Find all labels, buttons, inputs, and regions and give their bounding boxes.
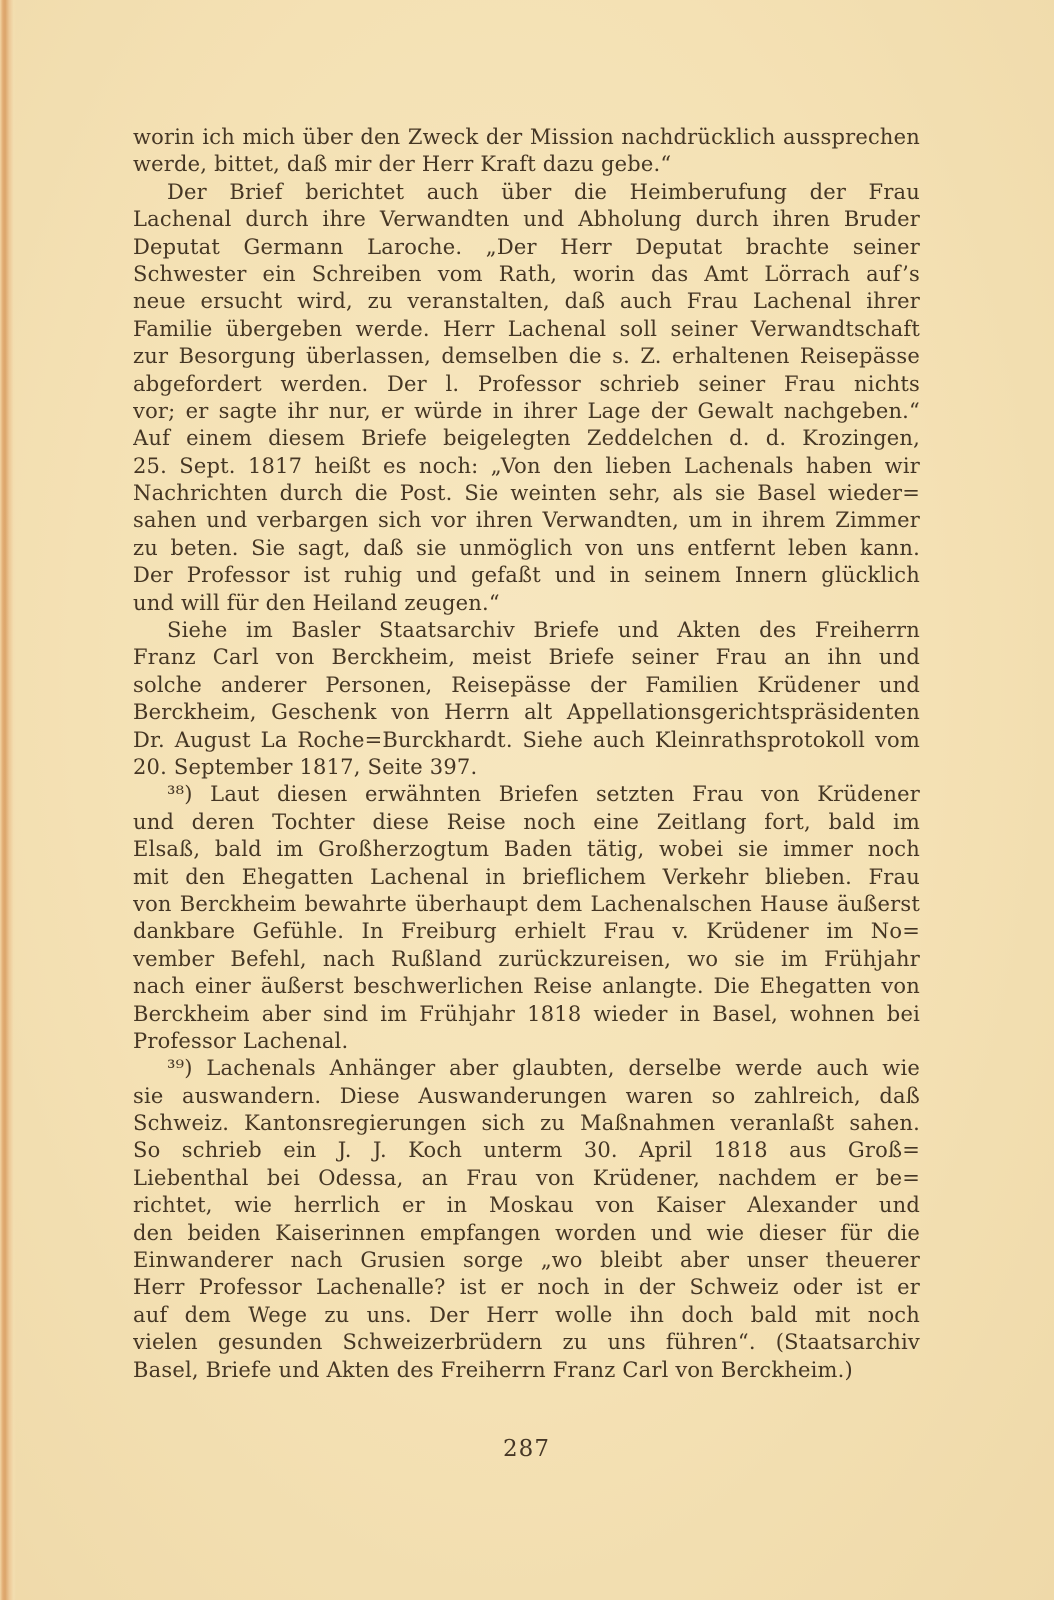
text-line: abgefordert werden. Der l. Professor sch… xyxy=(133,371,920,398)
text-line: auf dem Wege zu uns. Der Herr wolle ihn … xyxy=(133,1302,920,1329)
text-line: dankbare Gefühle. In Freiburg erhielt Fr… xyxy=(133,918,920,945)
text-line: Professor Lachenal. xyxy=(133,1028,920,1055)
text-line: Herr Professor Lachenalle? ist er noch i… xyxy=(133,1274,920,1301)
page-binding-edge xyxy=(0,0,16,1600)
text-line: Franz Carl von Berckheim, meist Briefe s… xyxy=(133,644,920,671)
text-line: Berckheim, Geschenk von Herrn alt Appell… xyxy=(133,699,920,726)
text-line: zu beten. Sie sagt, daß sie unmöglich vo… xyxy=(133,535,920,562)
paragraph: worin ich mich über den Zweck der Missio… xyxy=(133,124,920,179)
text-line: solche anderer Personen, Reisepässe der … xyxy=(133,672,920,699)
text-line: und will für den Heiland zeugen.“ xyxy=(133,590,920,617)
text-line: So schrieb ein J. J. Koch unterm 30. Apr… xyxy=(133,1137,920,1164)
text-line: ³⁸) Laut diesen erwähnten Briefen setzte… xyxy=(133,781,920,808)
text-line: von Berckheim bewahrte überhaupt dem Lac… xyxy=(133,891,920,918)
text-line: Siehe im Basler Staatsarchiv Briefe und … xyxy=(133,617,920,644)
paragraph: ³⁹) Lachenals Anhänger aber glaubten, de… xyxy=(133,1055,920,1384)
text-line: Der Brief berichtet auch über die Heimbe… xyxy=(133,179,920,206)
text-line: Deputat Germann Laroche. „Der Herr Deput… xyxy=(133,234,920,261)
text-line: Berckheim aber sind im Frühjahr 1818 wie… xyxy=(133,1001,920,1028)
text-line: und deren Tochter diese Reise noch eine … xyxy=(133,809,920,836)
text-line: nach einer äußerst beschwerlichen Reise … xyxy=(133,973,920,1000)
text-line: den beiden Kaiserinnen empfangen worden … xyxy=(133,1220,920,1247)
text-line: sie auswandern. Diese Auswanderungen war… xyxy=(133,1083,920,1110)
text-line: zur Besorgung überlassen, demselben die … xyxy=(133,343,920,370)
paragraph: Der Brief berichtet auch über die Heimbe… xyxy=(133,179,920,617)
text-line: Liebenthal bei Odessa, an Frau von Krüde… xyxy=(133,1165,920,1192)
text-line: werde, bittet, daß mir der Herr Kraft da… xyxy=(133,151,920,178)
text-line: vor; er sagte ihr nur, er würde in ihrer… xyxy=(133,398,920,425)
book-page: worin ich mich über den Zweck der Missio… xyxy=(0,0,1054,1600)
text-line: ³⁹) Lachenals Anhänger aber glaubten, de… xyxy=(133,1055,920,1082)
text-line: Schweiz. Kantonsregierungen sich zu Maßn… xyxy=(133,1110,920,1137)
text-line: sahen und verbargen sich vor ihren Verwa… xyxy=(133,507,920,534)
text-line: Elsaß, bald im Großherzogtum Baden tätig… xyxy=(133,836,920,863)
text-line: Basel, Briefe und Akten des Freiherrn Fr… xyxy=(133,1357,920,1384)
text-line: mit den Ehegatten Lachenal in briefliche… xyxy=(133,864,920,891)
text-line: Nachrichten durch die Post. Sie weinten … xyxy=(133,480,920,507)
text-line: worin ich mich über den Zweck der Missio… xyxy=(133,124,920,151)
text-line: richtet, wie herrlich er in Moskau von K… xyxy=(133,1192,920,1219)
text-block: worin ich mich über den Zweck der Missio… xyxy=(133,124,920,1384)
text-line: 20. September 1817, Seite 397. xyxy=(133,754,920,781)
text-line: Einwanderer nach Grusien sorge „wo bleib… xyxy=(133,1247,920,1274)
paragraph: Siehe im Basler Staatsarchiv Briefe und … xyxy=(133,617,920,781)
text-line: vielen gesunden Schweizerbrüdern zu uns … xyxy=(133,1329,920,1356)
text-line: Familie übergeben werde. Herr Lachenal s… xyxy=(133,316,920,343)
page-number: 287 xyxy=(133,1436,920,1462)
text-line: vember Befehl, nach Rußland zurückzureis… xyxy=(133,946,920,973)
text-line: Lachenal durch ihre Verwandten und Abhol… xyxy=(133,206,920,233)
text-line: Der Professor ist ruhig und gefaßt und i… xyxy=(133,562,920,589)
text-line: Auf einem diesem Briefe beigelegten Zedd… xyxy=(133,425,920,452)
text-line: Schwester ein Schreiben vom Rath, worin … xyxy=(133,261,920,288)
paragraph: ³⁸) Laut diesen erwähnten Briefen setzte… xyxy=(133,781,920,1055)
text-line: neue ersucht wird, zu veranstalten, daß … xyxy=(133,288,920,315)
text-line: Dr. August La Roche=Burckhardt. Siehe au… xyxy=(133,727,920,754)
text-line: 25. Sept. 1817 heißt es noch: „Von den l… xyxy=(133,453,920,480)
